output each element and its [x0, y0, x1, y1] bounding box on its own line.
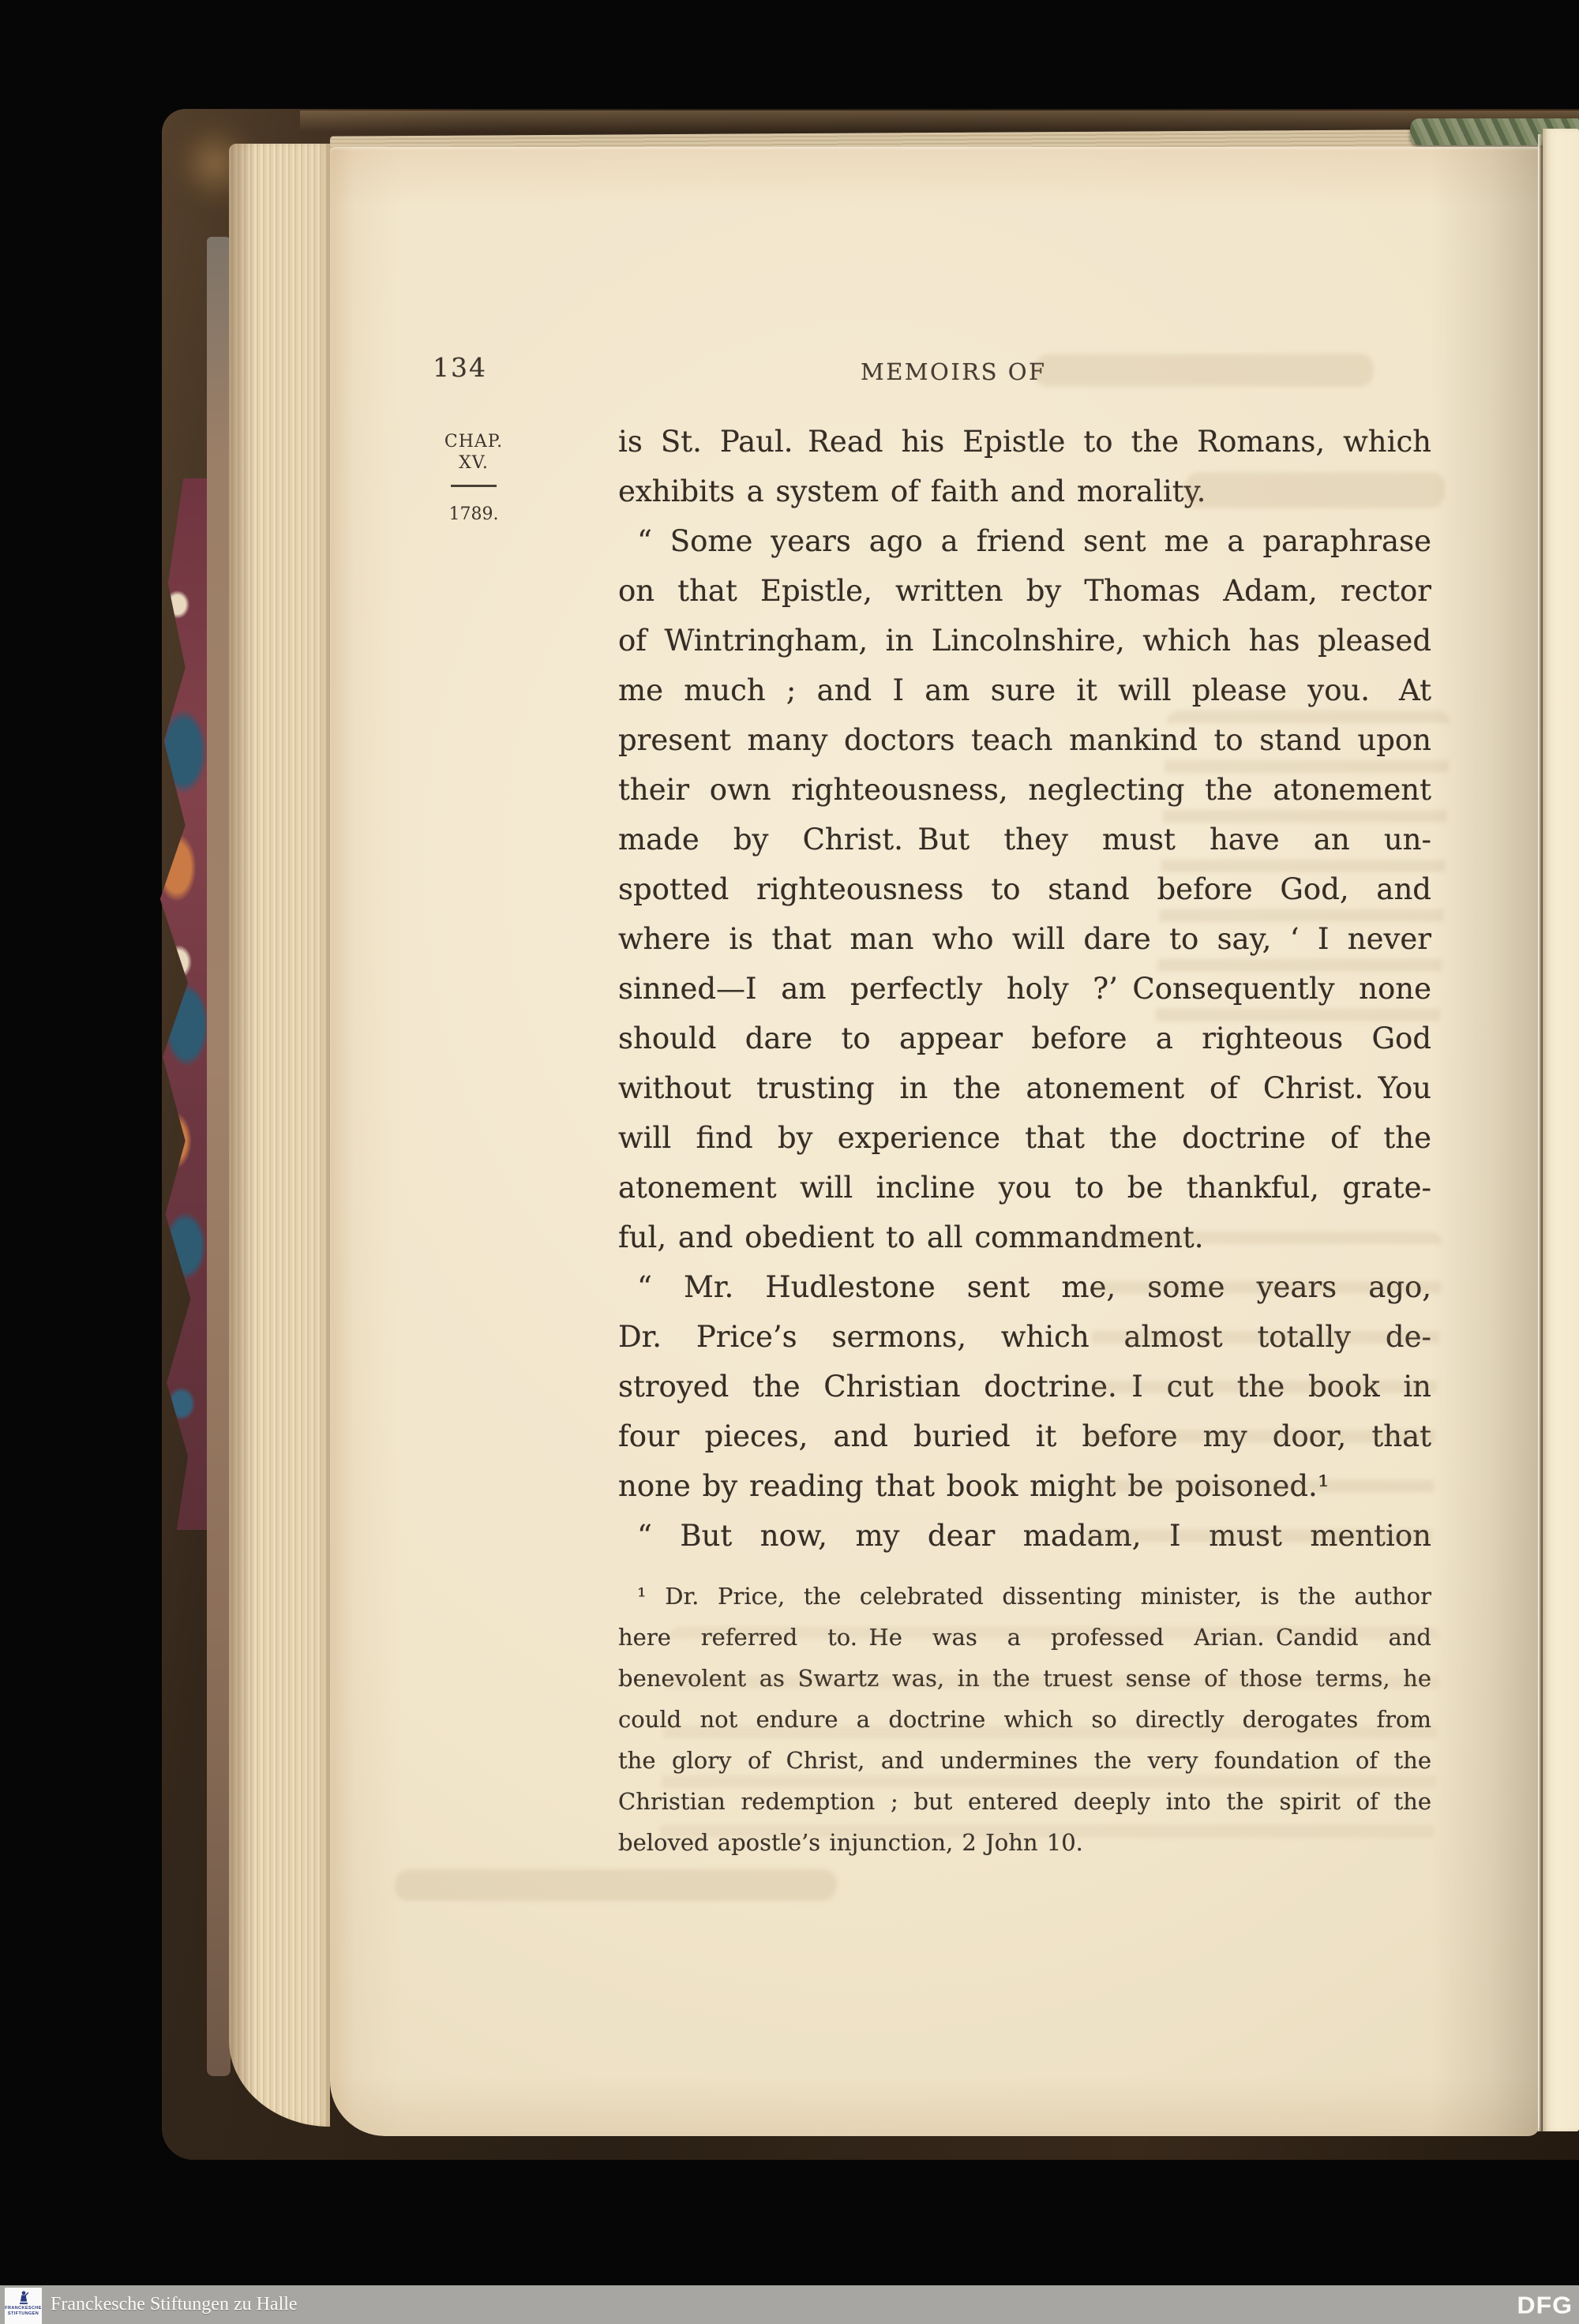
body-line: of Wintringham, in Lincolnshire, which h…: [618, 616, 1431, 665]
page-fore-edge-stack: [229, 144, 330, 2127]
show-through-smudge: [1084, 1231, 1443, 1563]
board-edge-strip: [207, 237, 231, 2076]
show-through-smudge: [1183, 472, 1446, 508]
body-line: “ Some years ago a friend sent me a para…: [618, 516, 1431, 566]
margin-chapter-number: XV.: [418, 452, 529, 474]
dfg-logo: DFG: [1517, 2286, 1573, 2323]
margin-year: 1789.: [418, 504, 529, 524]
footnote-line: ¹ Dr. Price, the celebrated dissenting m…: [618, 1576, 1431, 1617]
margin-note: CHAP. XV. 1789.: [418, 431, 529, 524]
show-through-smudge: [394, 1869, 837, 1901]
logo-text-line2: STIFTUNGEN: [8, 2311, 39, 2317]
margin-rule: [451, 485, 497, 487]
body-line: without trusting in the atonement of Chr…: [618, 1063, 1431, 1113]
show-through-smudge: [1154, 710, 1450, 1050]
institution-name: Franckesche Stiftungen zu Halle: [51, 2285, 298, 2324]
body-line: on that Epistle, written by Thomas Adam,…: [618, 566, 1431, 616]
show-through-smudge: [1033, 354, 1374, 387]
margin-chapter-label: CHAP.: [418, 431, 529, 452]
franckesche-stiftungen-logo-icon: [17, 2290, 31, 2306]
running-title: MEMOIRS OF: [861, 358, 1047, 385]
scanned-book-viewer: 134 MEMOIRS OF CHAP. XV. 1789. is St. Pa…: [0, 0, 1579, 2324]
body-line: atonement will incline you to be thankfu…: [618, 1163, 1431, 1213]
show-through-smudge: [659, 1626, 1441, 1847]
body-line: is St. Paul. Read his Epistle to the Rom…: [618, 417, 1431, 467]
body-line: will find by experience that the doctrin…: [618, 1113, 1431, 1163]
facing-page-sliver: [1543, 129, 1579, 2131]
page-number: 134: [433, 352, 487, 383]
viewer-footer-bar: FRANCKESCHE STIFTUNGEN Franckesche Stift…: [0, 2285, 1579, 2324]
body-line: me much ; and I am sure it will please y…: [618, 665, 1431, 715]
franckesche-stiftungen-logo: FRANCKESCHE STIFTUNGEN: [5, 2288, 42, 2324]
